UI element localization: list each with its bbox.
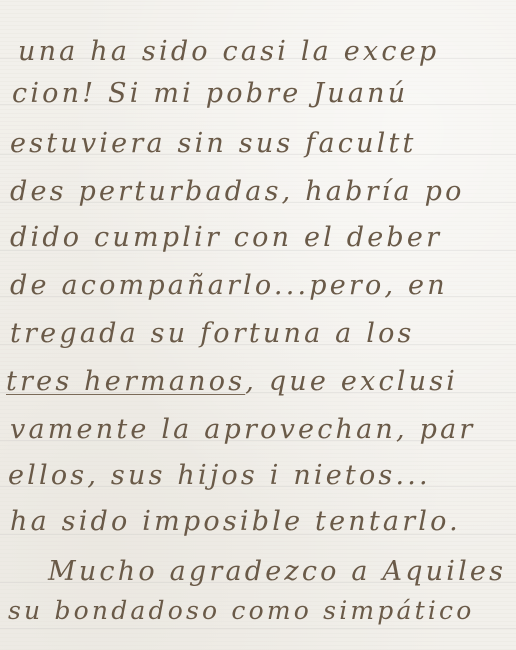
handwritten-line-10: ellos, sus hijos i nietos... <box>8 462 516 489</box>
handwritten-line-8: tres hermanos, que exclusi <box>6 368 516 395</box>
ruled-line <box>0 628 516 629</box>
handwritten-line-7: tregada su fortuna a los <box>10 320 516 347</box>
handwritten-line-1: una ha sido casi la excep <box>18 38 516 65</box>
handwritten-line-13: su bondadoso como simpático <box>8 598 516 623</box>
handwritten-line-3: estuviera sin sus facultt <box>10 130 516 157</box>
handwritten-line-4: des perturbadas, habría po <box>10 178 516 205</box>
handwritten-line-6: de acompañarlo...pero, en <box>10 272 516 299</box>
handwritten-line-11: ha sido imposible tentarlo. <box>10 508 516 535</box>
handwritten-line-5: dido cumplir con el deber <box>10 224 516 251</box>
handwritten-line-2: cion! Si mi pobre Juanú <box>12 80 516 107</box>
handwritten-line-9: vamente la aprovechan, par <box>10 416 516 443</box>
underlined-phrase: tres hermanos <box>6 366 245 397</box>
line-8-rest: , que exclusi <box>245 366 458 397</box>
handwritten-line-12: Mucho agradezco a Aquiles <box>48 558 516 585</box>
letter-page: una ha sido casi la excep cion! Si mi po… <box>0 0 516 650</box>
